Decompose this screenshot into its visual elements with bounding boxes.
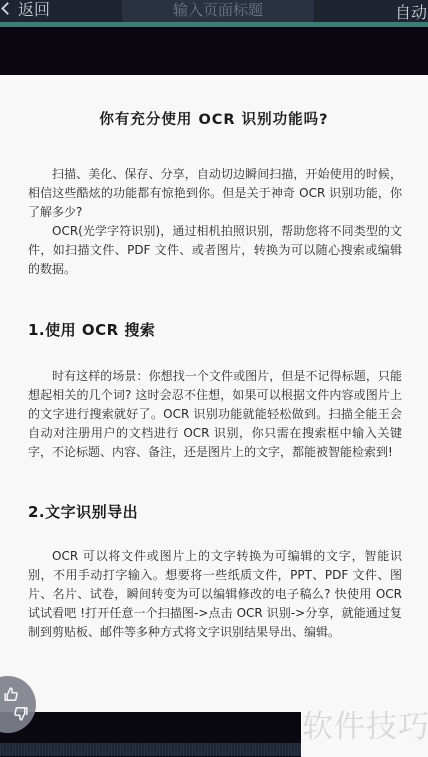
section-heading-2: 2.文字识别导出 xyxy=(28,501,402,522)
watermark-text: 软件技巧 xyxy=(302,701,428,746)
letterbox-bar xyxy=(0,712,301,757)
section-body-1: 时有这样的场景：你想找一个文件或图片，但是不记得标题，只能想起相关的几个词? 这… xyxy=(28,367,402,462)
page-title-input[interactable] xyxy=(122,0,314,22)
app-header: 返回 自动 xyxy=(0,0,428,22)
document-page: 你有充分使用 OCR 识别功能吗? 扫描、美化、保存、分享，自动切边瞬间扫描，开… xyxy=(0,75,428,757)
section-heading-1: 1.使用 OCR 搜索 xyxy=(28,319,402,340)
thumbs-up-icon xyxy=(3,686,20,703)
auto-button[interactable]: 自动 xyxy=(391,0,427,22)
seek-strip[interactable] xyxy=(0,743,301,756)
back-chevron-icon xyxy=(1,2,14,15)
back-button[interactable]: 返回 xyxy=(3,0,50,20)
back-label: 返回 xyxy=(18,0,50,20)
section-body-2: OCR 可以将文件或图片上的文字转换为可编辑的文字，智能识别，不用手动打字输入。… xyxy=(28,547,402,642)
intro-paragraph-2: OCR(光学字符识别)，通过相机拍照识别，帮助您将不同类型的文件，如扫描文件、P… xyxy=(28,222,402,279)
document-title: 你有充分使用 OCR 识别功能吗? xyxy=(0,108,428,129)
intro-paragraph-1: 扫描、美化、保存、分享，自动切边瞬间扫描，开始使用的时候，相信这些酷炫的功能都有… xyxy=(28,165,402,222)
thumbs-down-icon xyxy=(12,705,29,722)
header-divider xyxy=(0,22,428,27)
app-screen: 返回 自动 你有充分使用 OCR 识别功能吗? 扫描、美化、保存、分享，自动切边… xyxy=(0,0,428,757)
